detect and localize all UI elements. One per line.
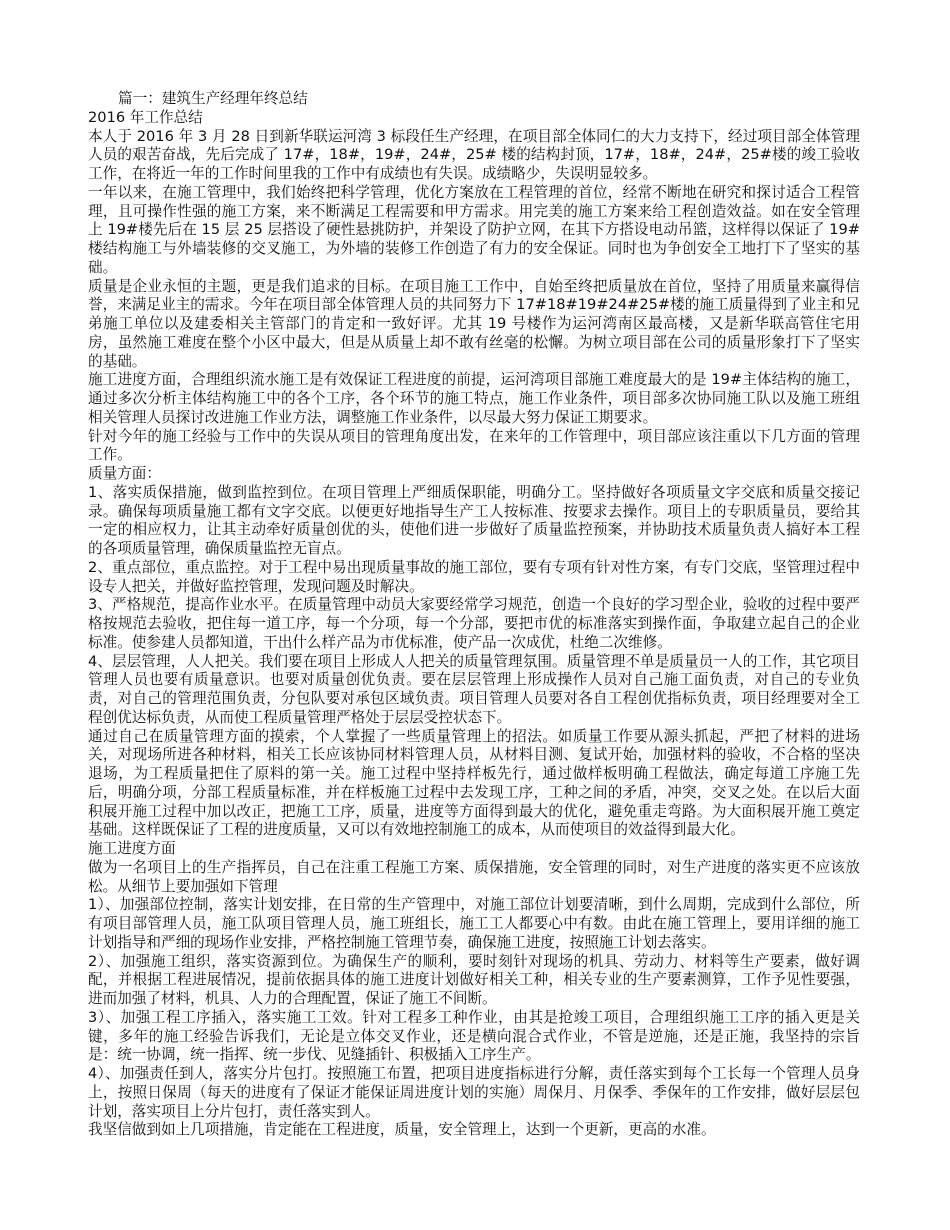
quality-item-2: 2、重点部位，重点监控。对于工程中易出现质量事故的施工部位，要有专项有针对性方案… — [88, 559, 860, 597]
schedule-item-1: 1）、加强部位控制，落实计划安排，在日常的生产管理中，对施工部位计划要清晰，到什… — [88, 896, 860, 952]
section-heading-schedule: 施工进度方面 — [88, 840, 860, 859]
quality-item-4: 4、层层管理，人人把关。我们要在项目上形成人人把关的质量管理氛围。质量管理不单是… — [88, 653, 860, 728]
paragraph-schedule: 施工进度方面，合理组织流水施工是有效保证工程进度的前提，运河湾项目部施工难度最大… — [88, 371, 860, 427]
document-subtitle: 2016 年工作总结 — [88, 109, 860, 128]
paragraph-intro: 本人于 2016 年 3 月 28 日到新华联运河湾 3 标段任生产经理，在项目… — [88, 128, 860, 184]
paragraph-schedule-intro: 做为一名项目上的生产指挥员，自己在注重工程施工方案、质保措施，安全管理的同时，对… — [88, 859, 860, 897]
quality-item-3: 3、严格规范，提高作业水平。在质量管理中动员大家要经常学习规范，创造一个良好的学… — [88, 596, 860, 652]
paragraph-quality: 质量是企业永恒的主题，更是我们追求的目标。在项目施工工作中，自始至终把质量放在首… — [88, 278, 860, 372]
document-page: 篇一：建筑生产经理年终总结 2016 年工作总结 本人于 2016 年 3 月 … — [88, 90, 860, 1140]
document-title: 篇一：建筑生产经理年终总结 — [88, 90, 860, 109]
schedule-item-2: 2）、加强施工组织，落实资源到位。为确保生产的顺利，要时刻针对现场的机具、劳动力… — [88, 953, 860, 1009]
paragraph-conclusion: 我坚信做到如上几项措施，肯定能在工程进度，质量，安全管理上，达到一个更新，更高的… — [88, 1121, 860, 1140]
paragraph-quality-methods: 通过自己在质量管理方面的摸索，个人掌握了一些质量管理上的招法。如质量工作要从源头… — [88, 728, 860, 841]
schedule-item-3: 3）、加强工程工序插入，落实施工工效。针对工程多工种作业，由其是抢竣工项目，合理… — [88, 1009, 860, 1065]
quality-item-1: 1、落实质保措施，做到监控到位。在项目管理上严细质保职能，明确分工。坚持做好各项… — [88, 484, 860, 559]
section-heading-quality: 质量方面： — [88, 465, 860, 484]
paragraph-outlook: 针对今年的施工经验与工作中的失误从项目的管理角度出发，在来年的工作管理中，项目部… — [88, 428, 860, 466]
paragraph-management: 一年以来，在施工管理中，我们始终把科学管理，优化方案放在工程管理的首位，经常不断… — [88, 184, 860, 278]
schedule-item-4: 4）、加强责任到人，落实分片包打。按照施工布置，把项目进度指标进行分解，责任落实… — [88, 1065, 860, 1121]
